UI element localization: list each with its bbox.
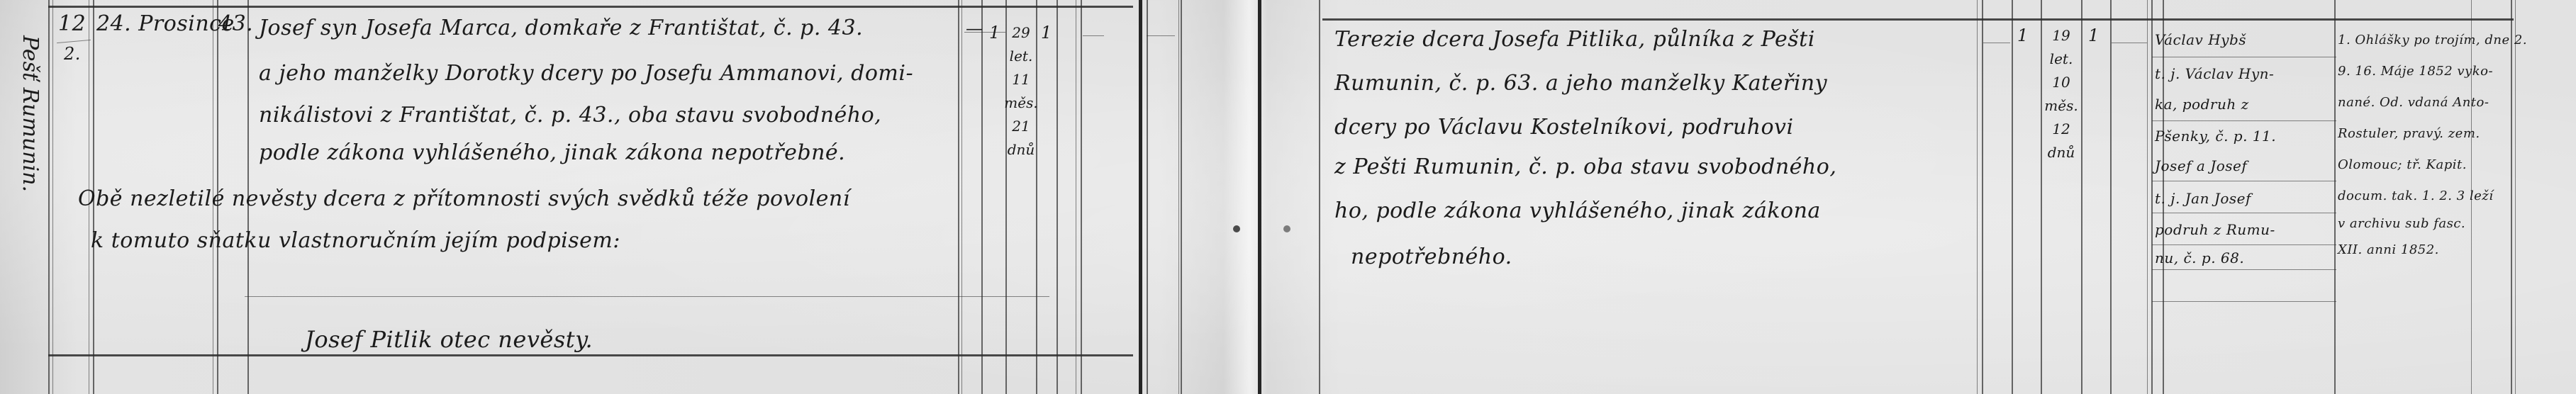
bride-text-line-5: ho, podle zákona vyhlášeného, jinak záko… <box>1334 198 1821 223</box>
row-top-rule <box>48 6 1133 8</box>
bride-age-days: 12 <box>2052 118 2070 141</box>
bride-age-days-label: dnů <box>2048 141 2075 164</box>
witness-line-7: podruh z Rumu- <box>2155 221 2275 238</box>
bride-age-years-label: let. <box>2050 47 2073 71</box>
bride-age-years: 19 <box>2052 24 2070 47</box>
witness-underline <box>2152 57 2336 57</box>
witness-line-5: Josef a Josef <box>2155 157 2247 174</box>
column-rule <box>961 0 962 394</box>
groom-text-line-4: podle zákona vyhlášeného, jinak zákona n… <box>259 140 845 165</box>
margin-rule <box>48 0 50 394</box>
bride-text-line-3: dcery po Václavu Kostelníkovi, podruhovi <box>1334 115 1794 140</box>
witness-line-6: t. j. Jan Josef <box>2155 190 2251 207</box>
column-rule <box>2151 0 2153 394</box>
column-rule <box>2110 0 2112 394</box>
bride-age-stack: 19 let. 10 měs. 12 dnů <box>2041 24 2081 164</box>
number-divider <box>57 40 91 43</box>
remark-line-5: Olomouc; tř. Kapit. <box>2338 157 2467 172</box>
column-rule <box>1036 0 1037 394</box>
signature-rule <box>245 296 1049 297</box>
witness-underline <box>2152 181 2336 181</box>
groom-text-line-1: Josef syn Josefa Marca, domkaře z Franti… <box>259 16 863 40</box>
father-signature: Josef Pitlik otec nevěsty. <box>305 326 593 353</box>
remark-line-6: docum. tak. 1. 2. 3 leží <box>2338 188 2493 203</box>
column-rule <box>1977 0 1978 394</box>
column-rule <box>2511 0 2512 394</box>
column-rule <box>1319 0 1320 394</box>
gutter-rule <box>1178 0 1179 394</box>
margin-rule-inner <box>52 0 53 394</box>
witness-line-4: Pšenky, č. p. 11. <box>2155 128 2276 145</box>
witness-underline <box>2152 213 2336 213</box>
witness-underline <box>2152 269 2336 270</box>
column-rule <box>1076 0 1076 394</box>
groom-text-line-2: a jeho manželky Dorotky dcery po Josefu … <box>259 61 913 86</box>
remark-line-7: v archivu sub fasc. <box>2338 216 2465 231</box>
groom-single-count: 1 <box>1041 23 1052 43</box>
groom-age-years: 29 <box>1012 21 1030 45</box>
bride-text-line-1: Terezie dcera Josefa Pitlika, půlníka z … <box>1334 27 1815 52</box>
remark-line-4: Rostuler, pravý. zem. <box>2338 126 2480 141</box>
bride-age-months-label: měs. <box>2044 94 2078 118</box>
bride-text-line-2: Rumunin, č. p. 63. a jeho manželky Kateř… <box>1334 71 1827 96</box>
left-page: Pešť Rumunin. 12 2. 24. Prosince 43. Jos… <box>0 0 1266 394</box>
witness-line-2: t. j. Václav Hyn- <box>2155 65 2274 82</box>
groom-age-days: 21 <box>1012 115 1030 138</box>
groom-age-months: 11 <box>1012 68 1030 91</box>
gutter-rule <box>1147 0 1148 394</box>
remark-line-3: nané. Od. vdaná Anto- <box>2338 95 2489 110</box>
groom-catholic-count: 1 <box>989 23 1000 43</box>
witness-line-1: Václav Hybš <box>2155 31 2246 48</box>
column-rule <box>2147 0 2148 394</box>
column-dash: — <box>966 18 983 38</box>
entry-sub-number: 2. <box>64 44 81 64</box>
witness-underline <box>2152 301 2336 302</box>
row-top-rule <box>1322 18 2514 21</box>
groom-age-stack: 29 let. 11 měs. 21 dnů <box>1007 21 1035 162</box>
dash-rule <box>1083 35 1104 36</box>
column-rule <box>1081 0 1082 394</box>
column-rule <box>2012 0 2013 394</box>
groom-age-months-label: měs. <box>1004 91 1037 115</box>
column-rule <box>981 0 983 394</box>
remark-line-1: 1. Ohlášky po trojím, dne 2. <box>2338 33 2527 47</box>
witness-line-3: ka, podruh z <box>2155 96 2249 113</box>
column-rule <box>1056 0 1058 394</box>
column-rule <box>2334 0 2336 394</box>
remark-line-2: 9. 16. Máje 1852 vyko- <box>2338 64 2493 79</box>
consent-text-line-2: k tomuto sňatku vlastnoručním jejím podp… <box>91 228 620 253</box>
page-edge-rule <box>1139 0 1142 394</box>
column-rule <box>2081 0 2082 394</box>
column-rule <box>1982 0 1983 394</box>
binding-fold <box>1258 0 1261 394</box>
witness-line-8: nu, č. p. 68. <box>2155 249 2244 266</box>
dash-rule <box>1983 43 2010 43</box>
bride-age-months: 10 <box>2052 71 2070 94</box>
groom-age-years-label: let. <box>1010 45 1033 68</box>
witness-underline <box>2152 120 2336 121</box>
dash-rule <box>1147 35 1175 36</box>
groom-text-line-3: nikálistovi z Františtat, č. p. 43., oba… <box>259 103 881 128</box>
groom-age-days-label: dnů <box>1008 138 1035 162</box>
binding-hole <box>1233 225 1240 232</box>
row-bottom-rule <box>48 354 1133 356</box>
margin-note: Pešť Rumunin. <box>18 35 43 192</box>
remark-line-8: XII. anni 1852. <box>2338 242 2439 257</box>
column-rule <box>2515 0 2516 394</box>
entry-date: 24. Prosince <box>96 11 235 36</box>
house-number: 43. <box>218 11 253 36</box>
witness-underline <box>2152 244 2336 245</box>
gutter-rule <box>1181 0 1182 394</box>
bride-text-line-4: z Pešti Rumunin, č. p. oba stavu svobodn… <box>1334 154 1836 179</box>
dash-rule <box>2112 43 2147 43</box>
consent-text-line-1: Obě nezletilé nevěsty dcera z přítomnost… <box>78 186 850 211</box>
entry-number: 12 <box>58 11 86 36</box>
right-page: Terezie dcera Josefa Pitlika, půlníka z … <box>1266 0 2576 394</box>
bride-catholic-count: 1 <box>2017 26 2029 45</box>
column-rule <box>958 0 959 394</box>
bride-single-count: 1 <box>2088 26 2100 45</box>
register-scan: Pešť Rumunin. 12 2. 24. Prosince 43. Jos… <box>0 0 2576 394</box>
bride-text-line-6: nepotřebného. <box>1351 244 1512 269</box>
